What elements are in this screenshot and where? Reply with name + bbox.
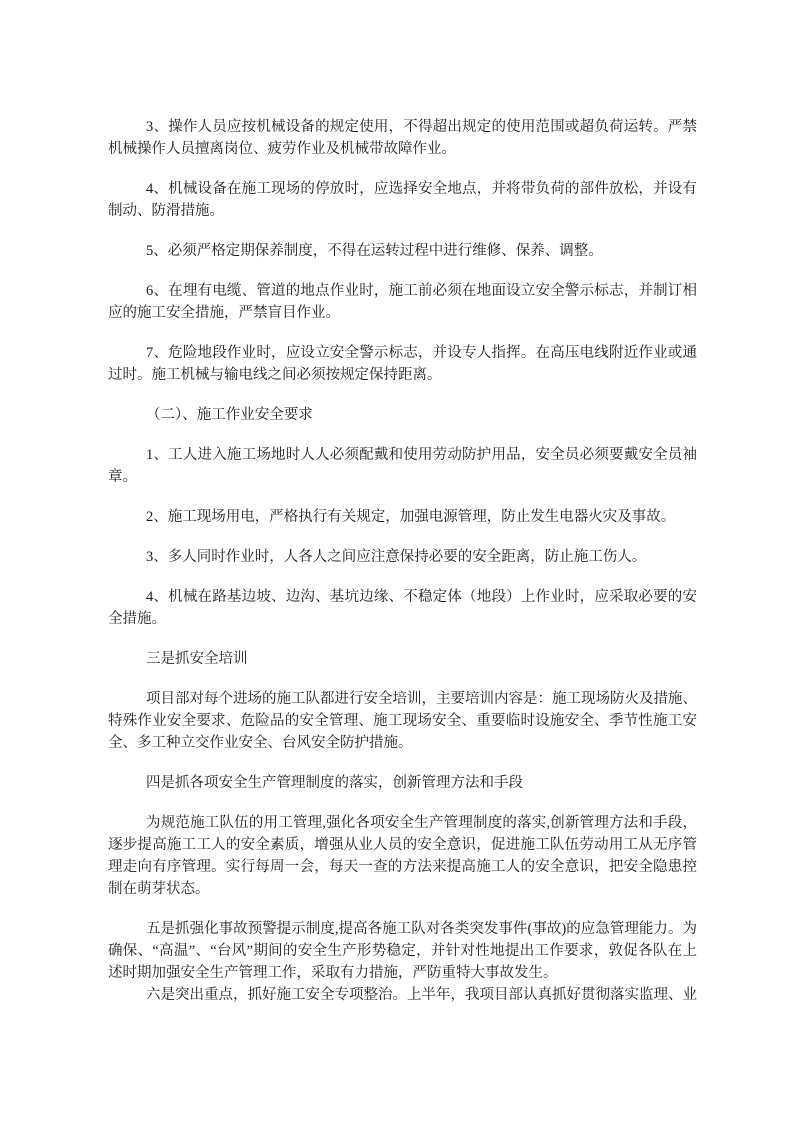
section-heading: （二）、施工作业安全要求: [108, 404, 697, 426]
paragraph-item: 5、必须严格定期保养制度，不得在运转过程中进行维修、保养、调整。: [108, 240, 697, 262]
paragraph-item: 2、施工现场用电，严格执行有关规定，加强电源管理，防止发生电器火灾及事故。: [108, 506, 697, 528]
paragraph-item: 1、工人进入施工场地时人人必须配戴和使用劳动防护用品，安全员必须要戴安全员袖章。: [108, 444, 697, 488]
section-heading: 三是抓安全培训: [108, 648, 697, 670]
paragraph-item: 项目部对每个进场的施工队都进行安全培训，主要培训内容是：施工现场防火及措施、特殊…: [108, 688, 697, 754]
paragraph-item: 五是抓强化事故预警提示制度,提高各施工队对各类突发事件(事故)的应急管理能力。为…: [108, 918, 697, 984]
paragraph-item: 6、在埋有电缆、管道的地点作业时，施工前必须在地面设立安全警示标志，并制订相应的…: [108, 280, 697, 324]
paragraph-item: 六是突出重点，抓好施工安全专项整治。上半年，我项目部认真抓好贯彻落实监理、业: [108, 984, 697, 1006]
paragraph-item: 4、机械设备在施工现场的停放时，应选择安全地点，并将带负荷的部件放松，并设有制动…: [108, 178, 697, 222]
paragraph-item: 4、机械在路基边坡、边沟、基坑边缘、不稳定体（地段）上作业时，应采取必要的安全措…: [108, 586, 697, 630]
section-heading: 四是抓各项安全生产管理制度的落实，创新管理方法和手段: [108, 772, 697, 794]
document-page: 3、操作人员应按机械设备的规定使用，不得超出规定的使用范围或超负荷运转。严禁机械…: [0, 0, 793, 1122]
paragraph-item: 7、危险地段作业时，应设立安全警示标志，并设专人指挥。在高压电线附近作业或通过时…: [108, 342, 697, 386]
paragraph-item: 3、操作人员应按机械设备的规定使用，不得超出规定的使用范围或超负荷运转。严禁机械…: [108, 116, 697, 160]
paragraph-item: 3、多人同时作业时，人各人之间应注意保持必要的安全距离，防止施工伤人。: [108, 546, 697, 568]
paragraph-item: 为规范施工队伍的用工管理,强化各项安全生产管理制度的落实,创新管理方法和手段，逐…: [108, 812, 697, 900]
